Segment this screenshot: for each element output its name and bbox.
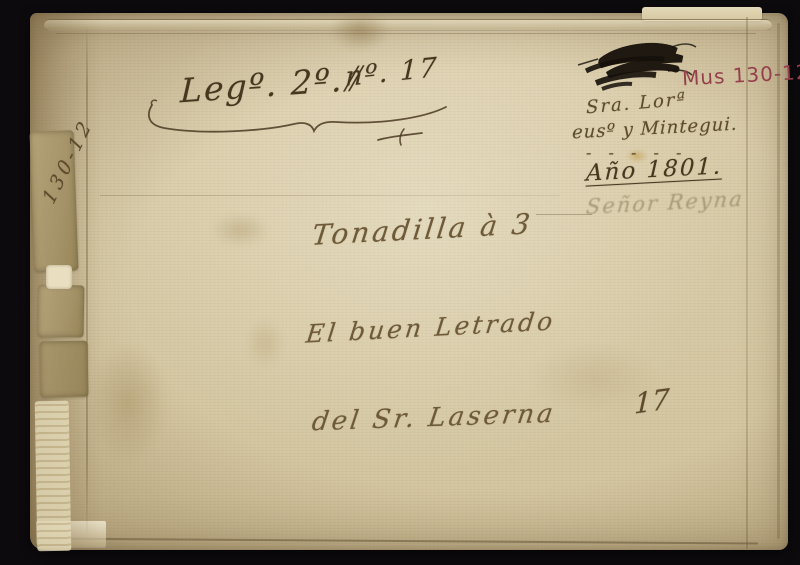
title-composer-line: del Sr. Laserna (310, 399, 558, 438)
spine-fold-line (86, 23, 88, 539)
paper-stain (210, 213, 270, 247)
paper-stain (330, 11, 390, 51)
faded-dash-line (536, 214, 592, 215)
paper-stain (88, 343, 168, 463)
horizontal-crease (100, 195, 560, 196)
manuscript-cover: Legº. 2º.⫽ nº. 17 130-12 Mus 130-12 Sra.… (30, 13, 788, 550)
title-genre-line: Tonadilla à 3 (310, 207, 535, 252)
paper-stain (245, 318, 285, 368)
page-number: 17 (634, 382, 670, 420)
photo-background: Legº. 2º.⫽ nº. 17 130-12 Mus 130-12 Sra.… (0, 0, 800, 565)
page-edge-bottom (48, 530, 758, 545)
exposed-page-leaves (35, 401, 72, 552)
spine-repair-patch (38, 285, 85, 338)
title-work-name: El buen Letrado (304, 306, 557, 348)
owner-name-line2: eusº y Mintegui. (572, 114, 738, 144)
spine-repair-patch (40, 341, 89, 398)
vertical-crease (746, 17, 748, 549)
page-edge-right (777, 23, 780, 539)
spine-tear-notch (46, 265, 72, 289)
paraph-mark (374, 126, 426, 148)
faded-name-note: Señor Reyna (585, 187, 745, 219)
